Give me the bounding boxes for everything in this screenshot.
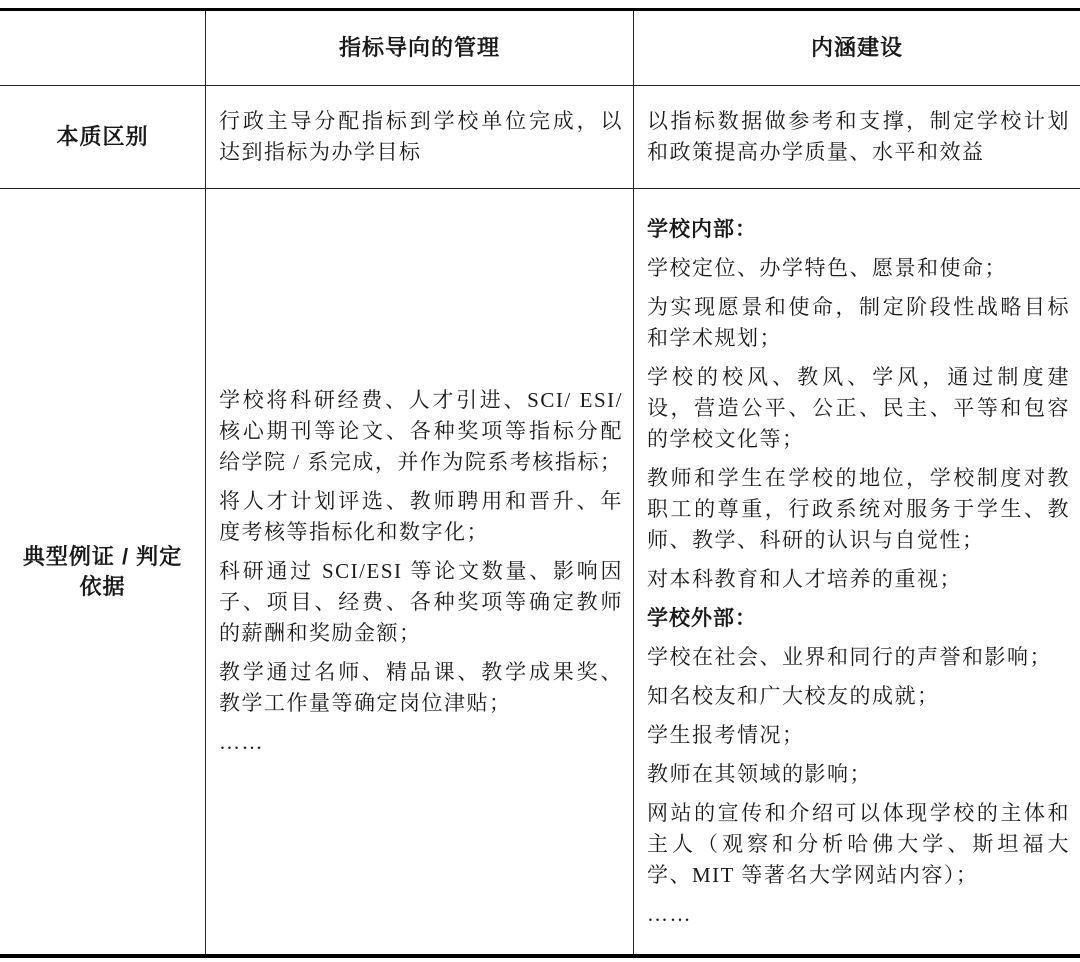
row-label-essential-difference: 本质区别 (0, 86, 205, 189)
connotation-paragraph: 为实现愿景和使命，制定阶段性战略目标和学术规划； (647, 292, 1070, 354)
row-label-typical-examples: 典型例证 / 判定 依据 (0, 189, 205, 954)
connotation-paragraph: 网站的宣传和介绍可以体现学校的主体和主人（观察和分析哈佛大学、斯坦福大学、MIT… (647, 798, 1070, 891)
school-external-heading: 学校外部： (647, 603, 1070, 634)
essential-difference-connotation-cell: 以指标数据做参考和支撑，制定学校计划和政策提高办学质量、水平和效益 (633, 86, 1080, 189)
connotation-paragraph: 教师和学生在学校的地位，学校制度对教职工的尊重，行政系统对服务于学生、教师、教学… (647, 463, 1070, 556)
school-internal-heading: 学校内部： (647, 214, 1070, 245)
connotation-paragraph: 知名校友和广大校友的成就； (647, 681, 1070, 712)
indicator-paragraph: 学校将科研经费、人才引进、SCI/ ESI/核心期刊等论文、各种奖项等指标分配给… (219, 385, 623, 478)
indicator-paragraph: 科研通过 SCI/ESI 等论文数量、影响因子、项目、经费、各种奖项等确定教师的… (219, 556, 623, 649)
header-connotation-building: 内涵建设 (633, 11, 1080, 86)
typical-examples-connotation-cell: 学校内部： 学校定位、办学特色、愿景和使命； 为实现愿景和使命，制定阶段性战略目… (633, 189, 1080, 954)
indicator-paragraph: 将人才计划评选、教师聘用和晋升、年度考核等指标化和数字化； (219, 486, 623, 548)
comparison-table: 指标导向的管理 内涵建设 本质区别 行政主导分配指标到学校单位完成，以达到指标为… (0, 8, 1080, 958)
connotation-paragraph: 对本科教育和人才培养的重视； (647, 564, 1070, 595)
row-label-line2: 依据 (79, 572, 125, 602)
header-indicator-management: 指标导向的管理 (205, 11, 633, 86)
header-corner-cell (0, 11, 205, 86)
connotation-paragraph: 学生报考情况； (647, 720, 1070, 751)
connotation-paragraph: 学校在社会、业界和同行的声誉和影响； (647, 642, 1070, 673)
essential-difference-indicator-text: 行政主导分配指标到学校单位完成，以达到指标为办学目标 (219, 106, 623, 168)
connotation-ellipsis: …… (647, 899, 1070, 930)
indicator-ellipsis: …… (219, 727, 623, 758)
row-label-line1: 典型例证 / 判定 (23, 542, 182, 572)
connotation-paragraph: 教师在其领域的影响； (647, 759, 1070, 790)
essential-difference-indicator-cell: 行政主导分配指标到学校单位完成，以达到指标为办学目标 (205, 86, 633, 189)
typical-examples-indicator-cell: 学校将科研经费、人才引进、SCI/ ESI/核心期刊等论文、各种奖项等指标分配给… (205, 189, 633, 954)
connotation-paragraph: 学校的校风、教风、学风，通过制度建设，营造公平、公正、民主、平等和包容的学校文化… (647, 362, 1070, 455)
essential-difference-connotation-text: 以指标数据做参考和支撑，制定学校计划和政策提高办学质量、水平和效益 (647, 106, 1070, 168)
indicator-paragraph: 教学通过名师、精品课、教学成果奖、教学工作量等确定岗位津贴； (219, 657, 623, 719)
connotation-paragraph: 学校定位、办学特色、愿景和使命； (647, 253, 1070, 284)
